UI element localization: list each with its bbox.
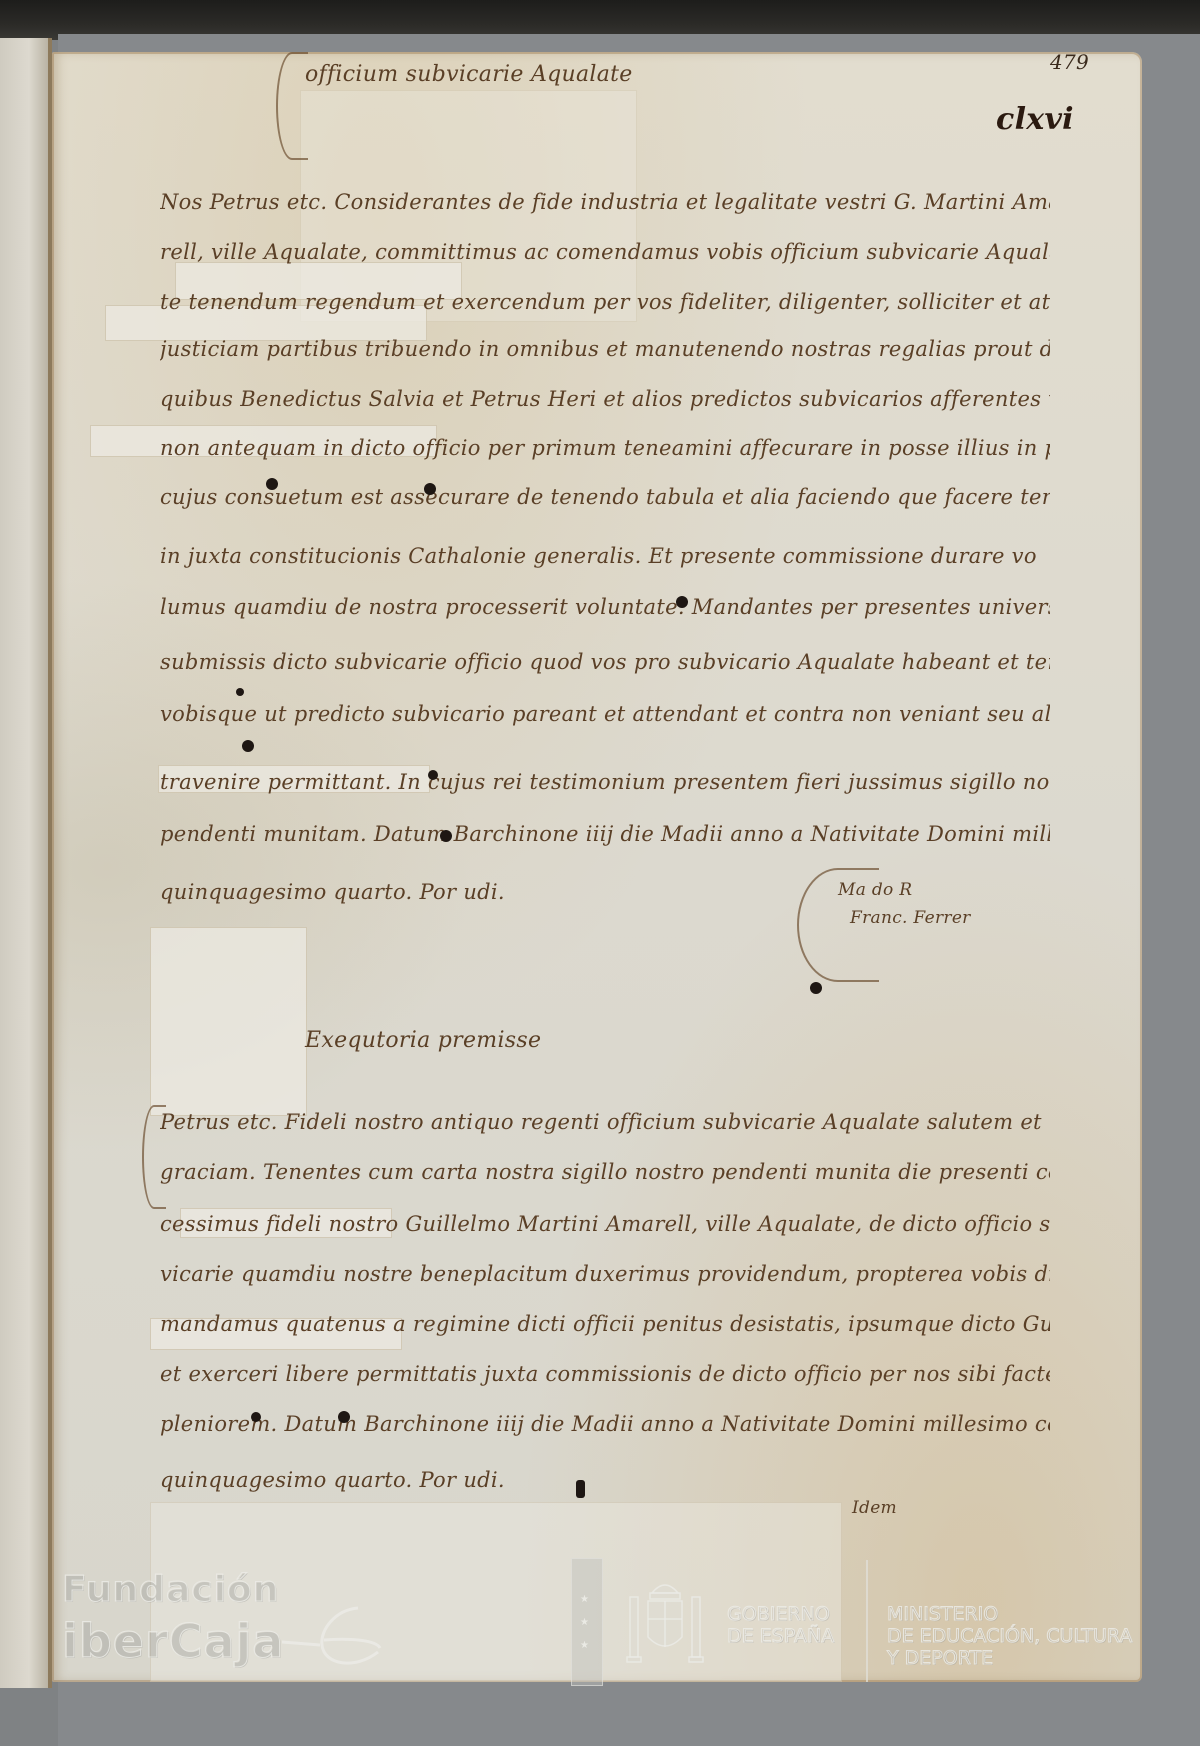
text-line: in juxta constitucionis Cathalonie gener… [160, 544, 1050, 568]
binding-hole [576, 1480, 585, 1498]
text-line: lumus quamdiu de nostra processerit volu… [160, 595, 1050, 619]
watermark-gobierno: GOBIERNO DE ESPAÑA [727, 1603, 834, 1647]
binding-hole [242, 740, 254, 752]
watermark-ministerio-line3: Y DEPORTE [887, 1647, 1132, 1669]
binding-hole [810, 982, 822, 994]
text-line: cessimus fideli nostro Guillelmo Martini… [160, 1212, 1050, 1236]
text-line: te tenendum regendum et exercendum per v… [160, 290, 1050, 314]
text-line: pleniorem. Datum Barchinone iiij die Mad… [160, 1412, 1050, 1436]
text-line: et exerceri libere permittatis juxta com… [160, 1362, 1050, 1386]
text-line: mandamus quatenus a regimine dicti offic… [160, 1312, 1050, 1336]
star-icon: ★ [580, 1640, 589, 1651]
signature-line: Idem [852, 1498, 897, 1518]
text-line: pendenti munitam. Datum Barchinone iiij … [160, 822, 1050, 846]
spain-coat-of-arms-icon [622, 1575, 708, 1667]
text-line: graciam. Tenentes cum carta nostra sigil… [160, 1160, 1050, 1184]
watermark-ministerio-line2: DE EDUCACIÓN, CULTURA [887, 1625, 1132, 1647]
binding-hole [251, 1412, 261, 1422]
text-line: Petrus etc. Fideli nostro antiquo regent… [160, 1110, 1050, 1134]
ibercaja-swoosh-icon [280, 1600, 390, 1680]
text-line: travenire permittant. In cujus rei testi… [160, 770, 1050, 794]
text-line: quibus Benedictus Salvia et Petrus Heri … [160, 387, 1050, 411]
folio-header-title: officium subvicarie Aqualate [305, 62, 633, 87]
watermark-gobierno-line2: DE ESPAÑA [727, 1625, 834, 1647]
text-line: quinquagesimo quarto. Por udi. [160, 880, 1050, 904]
text-line: submissis dicto subvicarie officio quod … [160, 650, 1050, 674]
text-line: Nos Petrus etc. Considerantes de fide in… [160, 190, 1050, 214]
text-line: cujus consuetum est assecurare de tenend… [160, 485, 1050, 509]
binding-hole [424, 483, 436, 495]
star-icon: ★ [580, 1617, 589, 1628]
folio-number: clxvi [996, 102, 1074, 137]
signature-line: Franc. Ferrer [850, 908, 971, 928]
text-line: vobisque ut predicto subvicario pareant … [160, 702, 1050, 726]
binding-hole [266, 478, 278, 490]
watermark-fundacion-text: Fundación [62, 1572, 279, 1608]
watermark-ministerio-line1: MINISTERIO [887, 1603, 1132, 1625]
text-line: vicarie quamdiu nostre beneplacitum duxe… [160, 1262, 1050, 1286]
section-heading: Exequtoria premisse [305, 1028, 541, 1053]
watermark-ministerio: MINISTERIO DE EDUCACIÓN, CULTURA Y DEPOR… [887, 1603, 1132, 1669]
facing-page-edge [0, 38, 52, 1688]
binding-hole [440, 830, 452, 842]
watermark-divider [866, 1560, 868, 1682]
repair-patch [150, 927, 307, 1116]
text-line: quinquagesimo quarto. Por udi. [160, 1468, 1050, 1492]
corner-folio-mark: 479 [1050, 50, 1089, 74]
binding-hole [676, 596, 688, 608]
star-icon: ★ [580, 1594, 589, 1605]
watermark-ibercaja-text: iberCaja [62, 1618, 284, 1664]
margin-bracket [276, 52, 308, 160]
text-line: rell, ville Aqualate, committimus ac com… [160, 240, 1050, 264]
watermark-gobierno-line1: GOBIERNO [727, 1603, 834, 1625]
text-line: non antequam in dicto officio per primum… [160, 436, 1050, 460]
binding-hole [428, 770, 438, 780]
signature-line: Ma do R [838, 880, 912, 900]
text-line: justiciam partibus tribuendo in omnibus … [160, 337, 1050, 361]
binding-hole [236, 688, 244, 696]
binding-hole [338, 1411, 350, 1423]
